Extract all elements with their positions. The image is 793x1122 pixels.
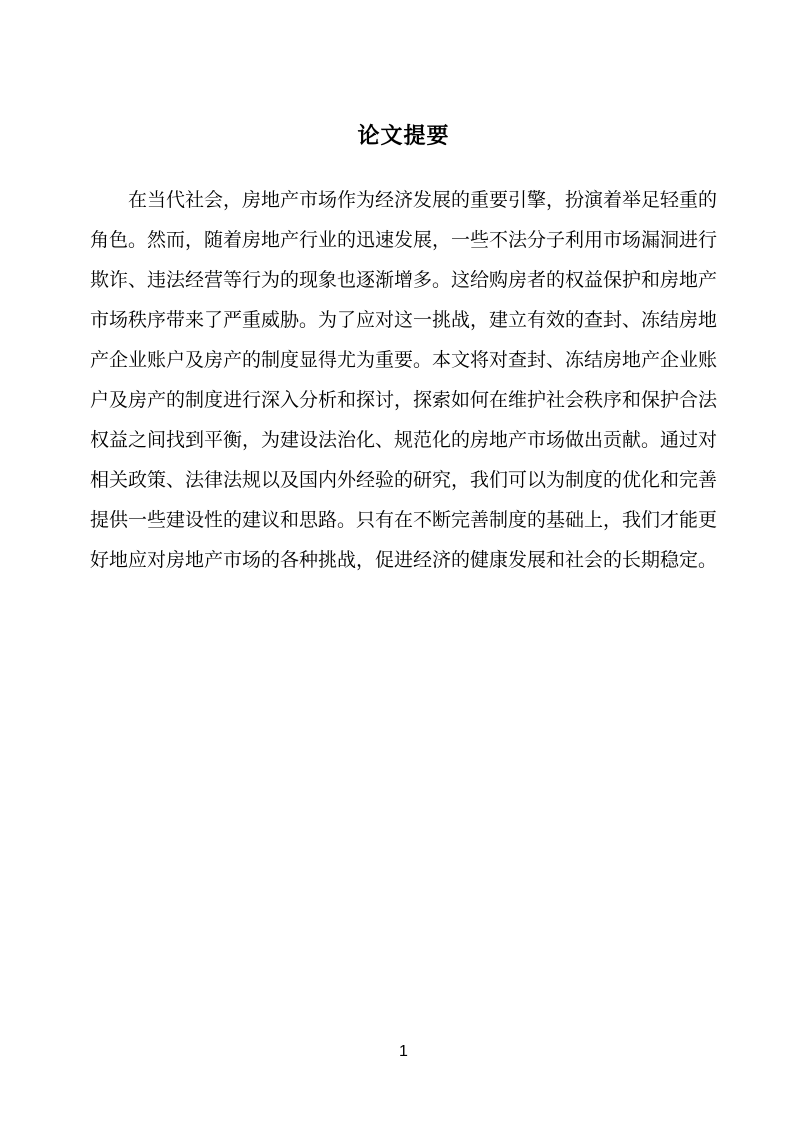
page-number: 1 <box>90 1042 717 1062</box>
page-title: 论文提要 <box>90 121 717 151</box>
abstract-paragraph: 在当代社会，房地产市场作为经济发展的重要引擎，扮演着举足轻重的角色。然而，随着房… <box>90 181 717 581</box>
document-page: 论文提要 在当代社会，房地产市场作为经济发展的重要引擎，扮演着举足轻重的角色。然… <box>0 0 793 1122</box>
